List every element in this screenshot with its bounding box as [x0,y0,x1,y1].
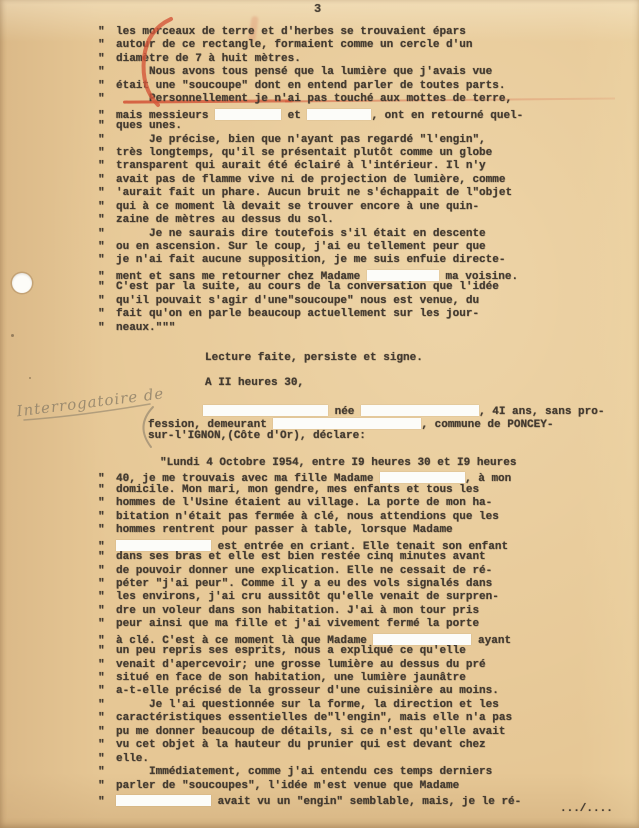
typed-text: ou en ascension. Sur le coup, j'ai eu te… [116,241,486,253]
typed-text: les morceaux de terre et d'herbes se tro… [116,26,466,38]
typed-text: les environs, j'ai cru aussitôt qu'elle … [116,591,499,603]
typed-line: " est entrée en criant. Elle tenait son … [98,538,521,551]
typed-text: venait d'apercevoir; une grosse lumière … [116,659,486,671]
typed-text: vu cet objet à la hauteur du prunier qui… [116,739,486,751]
typed-text: , commune de PONCEY- [421,419,553,431]
typed-line: "bitation n'était pas fermée à clé, nous… [98,511,521,524]
margin-quote-mark: " [98,605,116,618]
typed-line: "très longtemps, qu'il se présentait plu… [98,147,523,160]
typed-line: "parler de "soucoupes", l'idée m'est ven… [98,780,521,793]
typed-block-declaration: "Lundi 4 Octobre I954, entre I9 heures 3… [98,457,521,806]
margin-quote-mark: " [98,93,116,106]
typed-line: "les environs, j'ai cru aussitôt qu'elle… [98,591,521,604]
margin-quote-mark: " [98,766,116,779]
margin-quote-mark: " [98,524,116,537]
typed-text: dans ses bras et elle est bien restée ci… [116,551,486,563]
typed-line: "à clé. C'est à ce moment là que Madame … [98,632,521,645]
margin-quote-mark: " [98,322,116,335]
typed-line: "ques unes. [98,120,523,133]
page-number: 3 [314,2,321,16]
margin-quote-mark: " [98,281,116,294]
margin-quote-mark: " [98,712,116,725]
typed-text: hommes de l'Usine étaient au village. La… [116,497,492,509]
typed-line: " Personnellement je n'ai pas touché aux… [98,93,523,106]
margin-quote-mark: " [98,645,116,658]
redaction-box [361,405,479,416]
typed-line: " Immédiatement, comme j'ai entendu ces … [98,766,521,779]
typed-text: fait qu'on en parle beaucoup actuellemen… [116,308,479,320]
margin-quote-mark: " [98,228,116,241]
margin-quote-mark: " [98,241,116,254]
redaction-box [273,418,421,429]
typed-text: neaux.""" [116,322,175,334]
typed-line: "pu me donner beaucoup de détails, si ce… [98,726,521,739]
paper-speck [29,377,31,379]
typed-line: "a-t-elle précisé de la grosseur d'une c… [98,685,521,698]
typed-line: "hommes rentrent pour passer à table, lo… [98,524,521,537]
typed-line: " Je ne saurais dire toutefois s'il étai… [98,228,523,241]
typed-text: a-t-elle précisé de la grosseur d'une cu… [116,685,499,697]
typed-text: caractéristiques essentielles de"l'engin… [116,712,512,724]
margin-quote-mark: " [98,551,116,564]
margin-quote-mark: " [98,308,116,321]
typed-line: A II heures 30, [205,377,304,390]
typed-text: Nous avons tous pensé que la lumière que… [116,66,492,78]
typed-text: avait vu un "engin" semblable, mais, je … [211,796,521,808]
margin-quote-mark: " [98,739,116,752]
typed-line: "elle. [98,753,521,766]
typed-line: " Je l'ai questionnée sur la forme, la d… [98,699,521,712]
typed-text: elle. [116,753,149,765]
typed-text: bitation n'était pas fermée à clé, nous … [116,511,499,523]
typed-text: autour de ce rectangle, formaient comme … [116,39,472,51]
typed-text: "Lundi 4 Octobre I954, entre I9 heures 3… [160,457,516,469]
margin-quote-mark: " [98,120,116,133]
redaction-box [215,109,281,120]
typed-text: transparent qui aurait été éclairé à l'i… [116,160,486,172]
typed-line: "fait qu'on en parle beaucoup actuelleme… [98,308,523,321]
margin-quote-mark: " [98,796,116,809]
typed-line: "dans ses bras et elle est bien restée c… [98,551,521,564]
margin-quote-mark: " [98,753,116,766]
margin-quote-mark: " [98,618,116,631]
margin-quote-mark: " [98,174,116,187]
redaction-box [116,540,211,551]
typed-line: "caractéristiques essentielles de"l'engi… [98,712,521,725]
typed-text: C'est par la suite, au cours de la conve… [116,281,499,293]
typed-line: "ment et sans me retourner chez Madame m… [98,268,523,281]
margin-quote-mark: " [98,780,116,793]
typed-line: "dre un voleur dans son habitation. J'ai… [98,605,521,618]
typed-line: "40, je me trouvais avec ma fille Madame… [98,470,521,483]
margin-quote-mark: " [98,80,116,93]
typed-text: je n'ai fait aucune supposition, je me s… [116,254,505,266]
typed-text: situé en face de son habitation, une lum… [116,672,466,684]
typed-text: Lecture faite, persiste et signe. [205,352,423,364]
typed-text: sur-l'IGNON,(Côte d'Or), déclare: [148,430,366,442]
margin-quote-mark: " [98,187,116,200]
typed-text: avait pas de flamme vive ni de projectio… [116,174,505,186]
typed-text: de pouvoir donner une explication. Elle … [116,565,492,577]
typed-line: "zaine de mètres au dessus du sol. [98,214,523,227]
margin-quote-mark: " [98,53,116,66]
margin-quote-mark: " [98,254,116,267]
typed-text: Je l'ai questionnée sur la forme, la dir… [116,699,499,711]
typed-line: " Je précise, bien que n'ayant pas regar… [98,134,523,147]
typed-text: qu'il pouvait s'agir d'une"soucoupe" nou… [116,295,479,307]
typed-text: un peu repris ses esprits, nous a expliq… [116,645,466,657]
typed-line: "vu cet objet à la hauteur du prunier qu… [98,739,521,752]
redaction-box [203,405,328,416]
typed-line: fession, demeurant , commune de PONCEY- [148,416,604,429]
typed-text: péter "j'ai peur". Comme il y a eu des v… [116,578,492,590]
typed-line: "diamètre de 7 à huit mètres. [98,53,523,66]
margin-quote-mark: " [98,201,116,214]
typed-block-testimony-end: "les morceaux de terre et d'herbes se tr… [98,26,523,335]
typed-text: ayant [471,635,511,647]
typed-text: A II heures 30, [205,377,304,389]
typed-line: "Lundi 4 Octobre I954, entre I9 heures 3… [98,457,521,470]
margin-quote-mark: " [98,66,116,79]
typed-line: "les morceaux de terre et d'herbes se tr… [98,26,523,39]
margin-quote-mark: " [98,591,116,604]
typed-text: très longtemps, qu'il se présentait plut… [116,147,492,159]
typed-block-time-heading: A II heures 30, [205,377,304,390]
typed-line: "'aurait fait un phare. Aucun bruit ne s… [98,187,523,200]
margin-quote-mark: " [98,214,116,227]
typed-text: peur ainsi que ma fille et j'ai vivement… [116,618,479,630]
document-page: 3 .../.... Interrogatoire de "les morcea… [0,0,639,828]
typed-line: "avait pas de flamme vive ni de projecti… [98,174,523,187]
margin-quote-mark: " [98,484,116,497]
typed-line: "domicile. Mon mari, mon gendre, mes enf… [98,484,521,497]
typed-line: "autour de ce rectangle, formaient comme… [98,39,523,52]
margin-quote-mark: " [98,295,116,308]
typed-line: née , 4I ans, sans pro- [148,403,604,416]
margin-quote-mark: " [98,39,116,52]
typed-text: ques unes. [116,120,182,132]
continuation-mark: .../.... [560,803,613,815]
typed-line: "C'est par la suite, au cours de la conv… [98,281,523,294]
typed-line: "était une "soucoupe" dont en entend par… [98,80,523,93]
margin-quote-mark: " [98,659,116,672]
typed-text: zaine de mètres au dessus du sol. [116,214,334,226]
typed-line: "hommes de l'Usine étaient au village. L… [98,497,521,510]
typed-block-closing-formula: Lecture faite, persiste et signe. [205,352,423,365]
typed-line: "je n'ai fait aucune supposition, je me … [98,254,523,267]
typed-text: domicile. Mon mari, mon gendre, mes enfa… [116,484,479,496]
typed-text: Je ne saurais dire toutefois s'il était … [116,228,486,240]
typed-text: pu me donner beaucoup de détails, si ce … [116,726,505,738]
typed-line: "péter "j'ai peur". Comme il y a eu des … [98,578,521,591]
margin-quote-mark: " [98,147,116,160]
margin-quote-mark: " [98,511,116,524]
margin-quote-mark: " [98,497,116,510]
typed-text: Je précise, bien que n'ayant pas regardé… [116,134,486,146]
margin-quote-mark: " [98,726,116,739]
redaction-box [307,109,371,120]
typed-line: Lecture faite, persiste et signe. [205,352,423,365]
indent-space [116,464,160,465]
typed-line: "situé en face de son habitation, une lu… [98,672,521,685]
typed-line: sur-l'IGNON,(Côte d'Or), déclare: [148,430,604,443]
typed-line: "ou en ascension. Sur le coup, j'ai eu t… [98,241,523,254]
punch-hole [12,273,32,293]
typed-text: parler de "soucoupes", l'idée m'est venu… [116,780,459,792]
typed-text: hommes rentrent pour passer à table, lor… [116,524,453,536]
typed-line: "mais messieurs et , ont en retourné que… [98,107,523,120]
margin-quote-mark: " [98,699,116,712]
indent-space [148,413,203,414]
typed-line: "neaux.""" [98,322,523,335]
typed-text: , ont en retourné quel- [371,110,523,122]
typed-line: "transparent qui aurait été éclairé à l'… [98,160,523,173]
typed-line: "un peu repris ses esprits, nous a expli… [98,645,521,658]
typed-block-witness-identity: née , 4I ans, sans pro-fession, demeuran… [148,403,604,443]
margin-quote-mark: " [98,160,116,173]
typed-text: dre un voleur dans son habitation. J'ai … [116,605,479,617]
margin-quote-mark: " [98,672,116,685]
typed-line: "de pouvoir donner une explication. Elle… [98,565,521,578]
margin-quote-mark: " [98,26,116,39]
paper-speck [11,334,14,337]
margin-quote-mark: " [98,565,116,578]
typed-line: "qu'il pouvait s'agir d'une"soucoupe" no… [98,295,523,308]
typed-text: 'aurait fait un phare. Aucun bruit ne s'… [116,187,512,199]
typed-text: qui à ce moment là devait se trouver enc… [116,201,479,213]
typed-text: Personnellement je n'ai pas touché aux m… [116,93,512,105]
margin-quote-mark: " [98,578,116,591]
margin-quote-mark: " [98,134,116,147]
typed-line: " avait vu un "engin" semblable, mais, j… [98,793,521,806]
typed-line: " Nous avons tous pensé que la lumière q… [98,66,523,79]
redaction-box [116,795,211,806]
redaction-box [373,634,471,645]
typed-text: diamètre de 7 à huit mètres. [116,53,301,65]
redaction-box [367,270,439,281]
typed-line: "qui à ce moment là devait se trouver en… [98,201,523,214]
margin-quote-mark: " [98,685,116,698]
redaction-box [380,472,465,483]
typed-text: était une "soucoupe" dont en entend parl… [116,80,505,92]
typed-line: "venait d'apercevoir; une grosse lumière… [98,659,521,672]
typed-text: et [281,110,307,122]
typed-line: "peur ainsi que ma fille et j'ai vivemen… [98,618,521,631]
typed-text: Immédiatement, comme j'ai entendu ces te… [116,766,492,778]
